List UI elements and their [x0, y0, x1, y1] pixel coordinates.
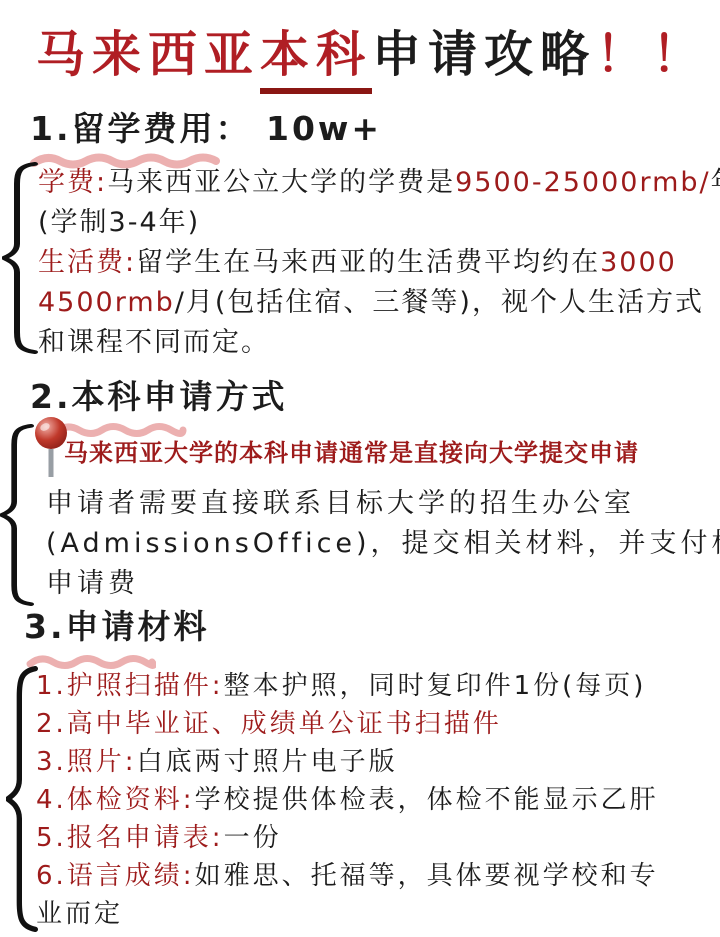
list-item: 5.报名申请表:一份	[36, 819, 682, 857]
text-line: (AdmissionsOffice)，提交相关材料，并支付相应的	[46, 524, 710, 564]
section3-materials-list: 1.护照扫描件:整本护照，同时复印件1份(每页) 2.高中毕业证、成绩单公证书扫…	[36, 667, 682, 933]
text-segment: 年	[711, 167, 720, 198]
text-segment: 马来西亚	[36, 26, 260, 83]
list-item: 4.体检资料:学校提供体检表，体检不能显示乙肝	[36, 781, 682, 819]
text-segment: 申请攻略	[372, 26, 596, 83]
text-line: 4500rmb/月(包括住宿、三餐等)，视个人生活方式	[38, 283, 716, 323]
section2-heading: 2.本科申请方式	[30, 371, 288, 418]
section3-heading: 3.申请材料	[24, 601, 210, 648]
text-segment: 留学生在马来西亚的生活费平均约在	[136, 247, 600, 278]
text-segment: 整本护照，同时复印件1份(每页)	[224, 671, 647, 701]
left-brace-icon	[2, 162, 38, 354]
study-abroad-notes-poster: 马来西亚本科申请攻略！！ 1.留学费用： 10w+ 学费:马来西亚公立大学的学费…	[0, 0, 720, 937]
text-segment: (学制3-4年)	[38, 207, 200, 238]
text-segment: 一份	[224, 823, 282, 853]
text-segment: /月(包括住宿、三餐等)，视个人生活方式	[175, 287, 704, 318]
text-segment: 本科	[260, 26, 372, 94]
list-item: 6.语言成绩:如雅思、托福等，具体要视学校和专业而定	[36, 857, 682, 933]
list-item: 3.照片:白底两寸照片电子版	[36, 743, 682, 781]
text-segment: ！！	[596, 26, 708, 83]
left-brace-icon	[6, 666, 38, 932]
text-segment: 申请费	[46, 568, 139, 599]
list-item: 2.高中毕业证、成绩单公证书扫描件	[36, 705, 682, 743]
text-line: 申请者需要直接联系目标大学的招生办公室	[46, 484, 710, 524]
text-line: 生活费:留学生在马来西亚的生活费平均约在3000	[38, 243, 716, 283]
text-line: (学制3-4年)	[38, 203, 716, 243]
text-segment: 申请者需要直接联系目标大学的招生办公室	[46, 488, 635, 519]
text-segment: 马来西亚公立大学的学费是	[107, 167, 455, 198]
text-segment: 学校提供体检表，体检不能显示乙肝	[195, 785, 659, 815]
text-segment: 和课程不同而定。	[38, 327, 270, 358]
text-segment: (AdmissionsOffice)，提交相关材料，并支付相应的	[46, 528, 720, 559]
text-segment: 3000	[600, 247, 677, 278]
text-segment: 4500rmb	[38, 287, 175, 318]
text-segment: 4.体检资料:	[36, 785, 195, 815]
text-segment: 2.高中毕业证、成绩单公证书扫描件	[36, 709, 502, 739]
page-title: 马来西亚本科申请攻略！！	[36, 16, 708, 86]
text-segment: 生活费:	[38, 247, 136, 278]
text-segment: 9500-25000rmb/	[455, 167, 711, 198]
text-segment: 1.护照扫描件:	[36, 671, 224, 701]
text-segment: 3.照片:	[36, 747, 137, 777]
section1-body: 学费:马来西亚公立大学的学费是9500-25000rmb/年 (学制3-4年) …	[38, 163, 716, 363]
text-line: 和课程不同而定。	[38, 323, 716, 363]
list-item: 1.护照扫描件:整本护照，同时复印件1份(每页)	[36, 667, 682, 705]
text-segment: 5.报名申请表:	[36, 823, 224, 853]
text-line: 学费:马来西亚公立大学的学费是9500-25000rmb/年	[38, 163, 716, 203]
section2-body: 申请者需要直接联系目标大学的招生办公室 (AdmissionsOffice)，提…	[46, 484, 710, 604]
text-segment: 学费:	[38, 167, 107, 198]
text-line: 申请费	[46, 564, 710, 604]
text-segment: 白底两寸照片电子版	[137, 747, 398, 777]
section1-heading: 1.留学费用： 10w+	[30, 103, 382, 150]
text-segment: 马来西亚大学的本科申请通常是直接向大学提交申请	[64, 439, 639, 467]
section2-pin-note: 马来西亚大学的本科申请通常是直接向大学提交申请	[64, 437, 714, 469]
text-segment: 6.语言成绩:	[36, 861, 195, 891]
